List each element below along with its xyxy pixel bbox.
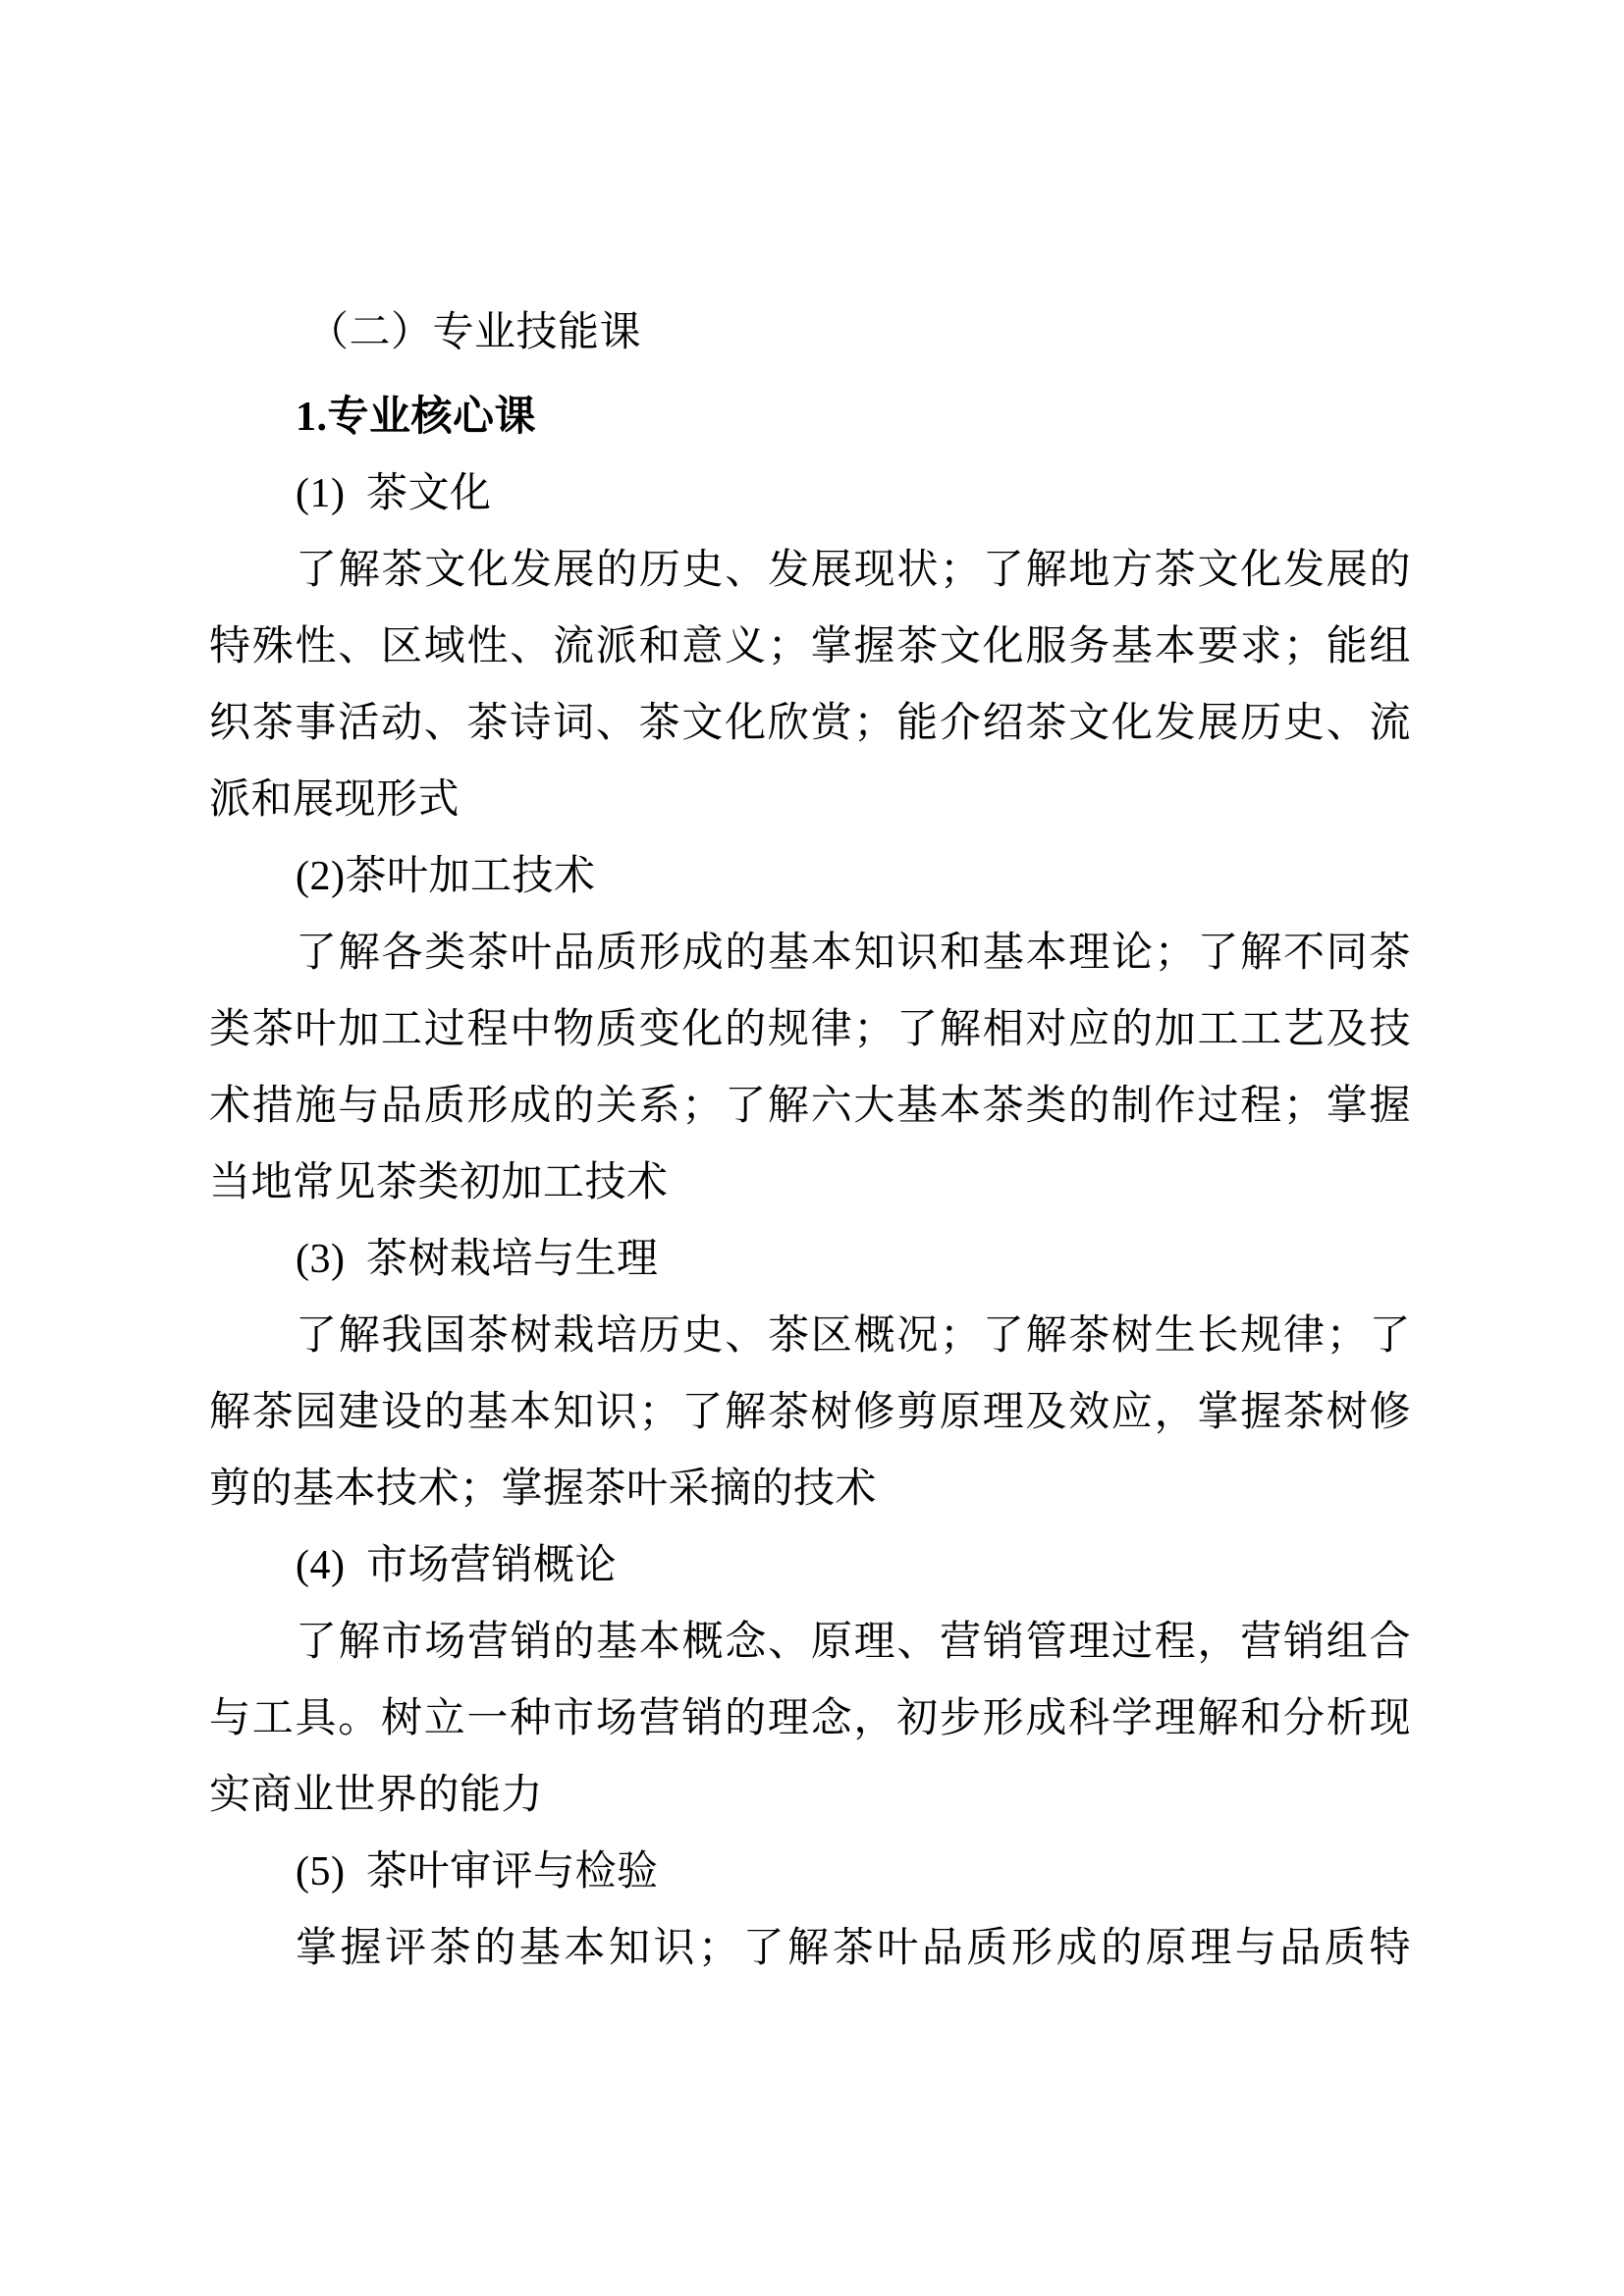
subsection-heading: 1.专业核心课	[209, 379, 1411, 455]
text-content: （二）专业技能课1.专业核心课(1) 茶文化了解茶文化发展的历史、发展现状；了解…	[209, 294, 1411, 1987]
item-5-body-line: 掌握评茶的基本知识；了解茶叶品质形成的原理与品质特	[209, 1910, 1411, 1987]
item-3-body-line: 剪的基本技术；掌握茶叶采摘的技术	[209, 1451, 1411, 1527]
item-2-body-line: 类茶叶加工过程中物质变化的规律；了解相对应的加工工艺及技	[209, 991, 1411, 1068]
section-heading: （二）专业技能课	[209, 294, 1411, 371]
item-4-body-line: 与工具。树立一种市场营销的理念，初步形成科学理解和分析现	[209, 1681, 1411, 1757]
item-3-body-line: 了解我国茶树栽培历史、茶区概况；了解茶树生长规律；了	[209, 1298, 1411, 1374]
document-page: （二）专业技能课1.专业核心课(1) 茶文化了解茶文化发展的历史、发展现状；了解…	[0, 0, 1624, 2296]
item-2-body-line: 当地常见茶类初加工技术	[209, 1145, 1411, 1221]
item-3-heading: (3) 茶树栽培与生理	[209, 1221, 1411, 1298]
item-1-body-line: 了解茶文化发展的历史、发展现状；了解地方茶文化发展的	[209, 532, 1411, 609]
item-3-body-line: 解茶园建设的基本知识；了解茶树修剪原理及效应，掌握茶树修	[209, 1374, 1411, 1451]
item-2-body-line: 术措施与品质形成的关系；了解六大基本茶类的制作过程；掌握	[209, 1068, 1411, 1145]
item-1-heading: (1) 茶文化	[209, 455, 1411, 532]
item-4-heading: (4) 市场营销概论	[209, 1527, 1411, 1604]
item-5-heading: (5) 茶叶审评与检验	[209, 1834, 1411, 1910]
item-1-body-line: 织茶事活动、茶诗词、茶文化欣赏；能介绍茶文化发展历史、流	[209, 685, 1411, 762]
item-2-body-line: 了解各类茶叶品质形成的基本知识和基本理论；了解不同茶	[209, 915, 1411, 991]
item-2-heading: (2)茶叶加工技术	[209, 838, 1411, 915]
item-4-body-line: 了解市场营销的基本概念、原理、营销管理过程，营销组合	[209, 1604, 1411, 1681]
item-4-body-line: 实商业世界的能力	[209, 1757, 1411, 1834]
item-1-body-line: 特殊性、区域性、流派和意义；掌握茶文化服务基本要求；能组	[209, 609, 1411, 685]
item-1-body-line: 派和展现形式	[209, 762, 1411, 838]
